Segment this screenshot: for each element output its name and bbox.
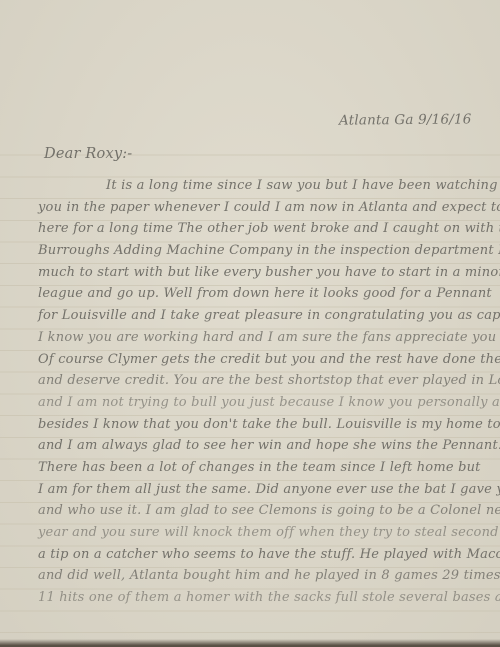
handwriting-line: and I am always glad to see her win and … (38, 435, 492, 457)
handwriting-line: There has been a lot of changes in the t… (38, 457, 492, 479)
handwriting-line: I know you are working hard and I am sur… (38, 327, 492, 349)
handwriting-line: and I am not trying to bull you just bec… (38, 392, 492, 414)
dateline: Atlanta Ga 9/16/16 (339, 111, 472, 128)
handwriting-line: here for a long time The other job went … (38, 218, 492, 240)
handwriting-line: league and go up. Well from down here it… (38, 283, 492, 305)
handwriting-line: and who use it. I am glad to see Clemons… (38, 500, 492, 522)
scan-edge-shadow (0, 639, 500, 647)
handwriting-line: besides I know that you don't take the b… (38, 414, 492, 436)
handwriting-line: a tip on a catcher who seems to have the… (38, 544, 492, 566)
letter-body: It is a long time since I saw you but I … (38, 175, 492, 609)
handwriting-line: for Louisville and I take great pleasure… (38, 305, 492, 327)
handwriting-line: I am for them all just the same. Did any… (38, 479, 492, 501)
letter-page: Atlanta Ga 9/16/16 Dear Roxy:- It is a l… (0, 0, 500, 647)
handwriting-line: Of course Clymer gets the credit but you… (38, 349, 492, 371)
salutation: Dear Roxy:- (44, 146, 132, 162)
handwriting-line: and deserve credit. You are the best sho… (38, 370, 492, 392)
handwriting-line: year and you sure will knock them off wh… (38, 522, 492, 544)
handwriting-line: Burroughs Adding Machine Company in the … (38, 240, 492, 262)
handwriting-line: It is a long time since I saw you but I … (38, 175, 492, 197)
handwriting-line: you in the paper whenever I could I am n… (38, 197, 492, 219)
handwriting-line: and did well, Atlanta bought him and he … (38, 565, 492, 587)
handwriting-line: much to start with but like every busher… (38, 262, 492, 284)
handwriting-line: 11 hits one of them a homer with the sac… (38, 587, 492, 609)
